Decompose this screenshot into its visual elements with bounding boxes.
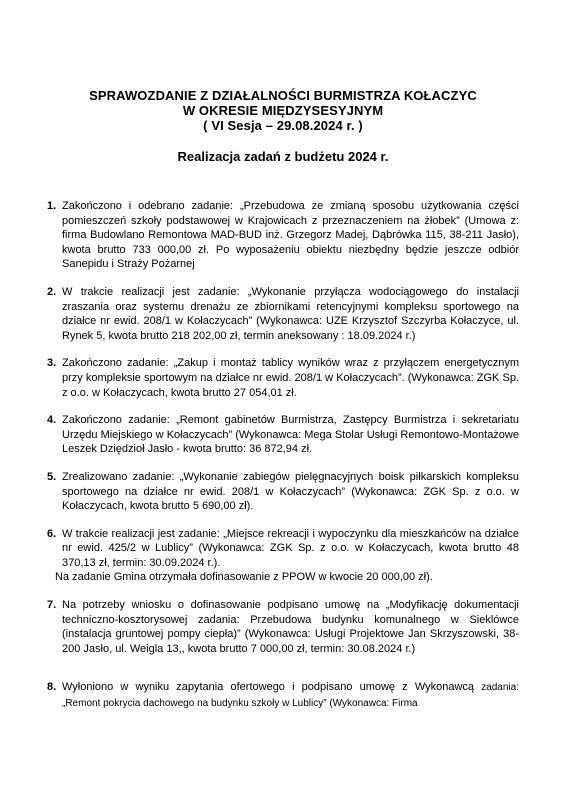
item-number: 6.	[47, 527, 56, 542]
item-number: 8.	[47, 680, 56, 695]
title-line-2: W OKRESIE MIĘDZYSESYJNYM	[183, 103, 383, 118]
list-item: 2. W trakcie realizacji jest zadanie: „W…	[47, 285, 519, 343]
item-number: 4.	[47, 413, 56, 428]
document-page: SPRAWOZDANIE Z DZIAŁALNOŚCI BURMISTRZA K…	[0, 0, 565, 800]
list-item: 3. Zakończono zadanie: „Zakup i montaż t…	[47, 356, 519, 400]
item-text: Na potrzeby wniosku o dofinasowanie podp…	[62, 599, 519, 655]
item-number: 1.	[47, 199, 56, 214]
numbered-list: 1. Zakończono i odebrano zadanie: „Przeb…	[47, 199, 519, 712]
list-item: 1. Zakończono i odebrano zadanie: „Przeb…	[47, 199, 519, 272]
item-text: Zrealizowano zadanie: „Wykonanie zabiegó…	[62, 471, 519, 512]
title-line-1: SPRAWOZDANIE Z DZIAŁALNOŚCI BURMISTRZA K…	[89, 88, 477, 103]
title-line-3: ( VI Sesja – 29.08.2024 r. )	[203, 118, 363, 133]
list-item: 7. Na potrzeby wniosku o dofinasowanie p…	[47, 598, 519, 656]
item-text: Zakończono zadanie: „Zakup i montaż tabl…	[62, 357, 519, 398]
item-number: 2.	[47, 285, 56, 300]
item-number: 5.	[47, 470, 56, 485]
list-item: 8. Wyłoniono w wyniku zapytania ofertowe…	[47, 680, 519, 711]
item-text: W trakcie realizacji jest zadanie: „Miej…	[62, 528, 519, 569]
item-text: W trakcie realizacji jest zadanie: „Wyko…	[62, 286, 519, 342]
list-item: 5. Zrealizowano zadanie: „Wykonanie zabi…	[47, 470, 519, 514]
item-note: Na zadanie Gmina otrzymała dofinasowanie…	[55, 570, 519, 585]
document-subtitle: Realizacja zadań z budżetu 2024 r.	[47, 149, 519, 164]
item-text: Zakończono zadanie: „Remont gabinetów Bu…	[62, 414, 519, 455]
item-number: 7.	[47, 598, 56, 613]
document-title: SPRAWOZDANIE Z DZIAŁALNOŚCI BURMISTRZA K…	[47, 88, 519, 133]
list-item: 4. Zakończono zadanie: „Remont gabinetów…	[47, 413, 519, 457]
item-number: 3.	[47, 356, 56, 371]
item-text: Wyłoniono w wyniku zapytania ofertowego …	[62, 681, 474, 693]
item-text: Zakończono i odebrano zadanie: „Przebudo…	[62, 200, 519, 270]
list-item: 6. W trakcie realizacji jest zadanie: „M…	[47, 527, 519, 585]
